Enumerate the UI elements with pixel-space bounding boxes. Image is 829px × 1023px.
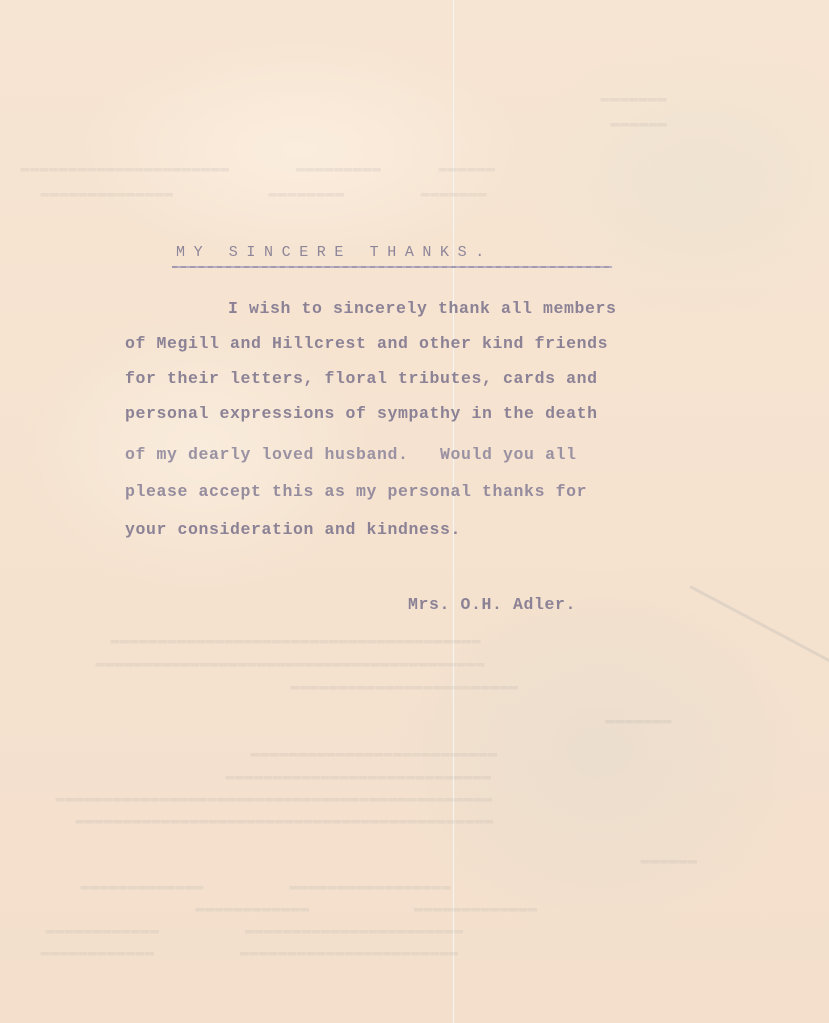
- body-line: of Megill and Hillcrest and other kind f…: [125, 334, 608, 353]
- bleed-through-texture: ▬▬▬▬▬▬▬▬▬▬▬▬▬▬▬▬▬▬▬▬▬▬▬▬▬▬▬▬▬▬▬▬▬▬▬▬▬▬▬: [110, 632, 481, 649]
- signature: Mrs. O.H. Adler.: [408, 595, 576, 614]
- bleed-through-texture: ▬▬▬▬▬▬▬▬▬▬▬▬▬▬▬▬▬▬▬▬▬▬▬▬▬▬▬▬: [225, 768, 491, 785]
- bleed-through-texture: ▬▬▬▬▬▬▬▬▬▬▬▬▬▬▬▬▬▬▬▬▬▬▬ ▬▬▬▬▬▬▬▬▬▬▬▬: [45, 922, 463, 939]
- bleed-through-texture: ▬▬▬▬▬▬▬▬▬▬▬▬▬▬▬▬▬▬▬▬▬▬▬▬: [290, 678, 518, 695]
- body-line: your consideration and kindness.: [125, 520, 461, 539]
- bleed-through-texture: ▬▬▬▬▬▬▬: [605, 712, 672, 729]
- bleed-through-texture: ▬▬▬▬▬▬▬▬▬▬▬▬▬ ▬▬▬▬▬▬▬▬▬▬▬▬: [195, 900, 537, 917]
- bleed-through-texture: ▬▬▬▬▬▬: [610, 115, 667, 132]
- bleed-through-texture: ▬▬▬▬▬▬▬▬▬▬▬▬▬▬▬▬▬▬▬▬▬▬▬▬▬▬: [250, 745, 497, 762]
- bleed-through-texture: ▬▬▬▬▬▬: [640, 852, 697, 869]
- body-line: for their letters, floral tributes, card…: [125, 369, 598, 388]
- bleed-through-texture: ▬▬▬▬▬▬▬▬▬▬▬▬▬▬▬▬▬▬▬▬▬▬▬ ▬▬▬▬▬▬▬▬▬▬▬▬: [40, 944, 458, 961]
- bleed-through-texture: ▬▬▬▬▬▬▬: [600, 90, 667, 107]
- body-line: personal expressions of sympathy in the …: [125, 404, 598, 423]
- paper-background: [0, 0, 829, 1023]
- bleed-through-texture: ▬▬▬▬▬▬▬ ▬▬▬▬▬▬▬▬ ▬▬▬▬▬▬▬▬▬▬▬▬▬▬: [40, 185, 487, 202]
- body-line: I wish to sincerely thank all members: [228, 299, 617, 318]
- body-line: of my dearly loved husband. Would you al…: [125, 445, 577, 464]
- bleed-through-texture: ▬▬▬▬▬▬ ▬▬▬▬▬▬▬▬▬ ▬▬▬▬▬▬▬▬▬▬▬▬▬▬▬▬▬▬▬▬▬▬: [20, 160, 495, 177]
- bleed-through-texture: ▬▬▬▬▬▬▬▬▬▬▬▬▬▬▬▬▬▬▬▬▬▬▬▬▬▬▬▬▬▬▬▬▬▬▬▬▬▬▬▬…: [95, 655, 485, 672]
- page-title: MY SINCERE THANKS.: [176, 244, 493, 261]
- bleed-through-texture: ▬▬▬▬▬▬▬▬▬▬▬▬▬▬▬▬▬ ▬▬▬▬▬▬▬▬▬▬▬▬▬: [80, 878, 451, 895]
- title-underline: [172, 266, 612, 268]
- bleed-through-texture: ▬▬▬▬▬▬▬▬▬▬▬▬▬▬▬▬▬▬▬▬▬▬▬▬▬▬▬▬▬▬▬▬▬▬▬▬▬▬▬▬…: [55, 790, 492, 807]
- vertical-fold-line: [452, 0, 455, 1023]
- bleed-through-texture: ▬▬▬▬▬▬▬▬▬▬▬▬▬▬▬▬▬▬▬▬▬▬▬▬▬▬▬▬▬▬▬▬▬▬▬▬▬▬▬▬…: [75, 812, 493, 829]
- body-line: please accept this as my personal thanks…: [125, 482, 587, 501]
